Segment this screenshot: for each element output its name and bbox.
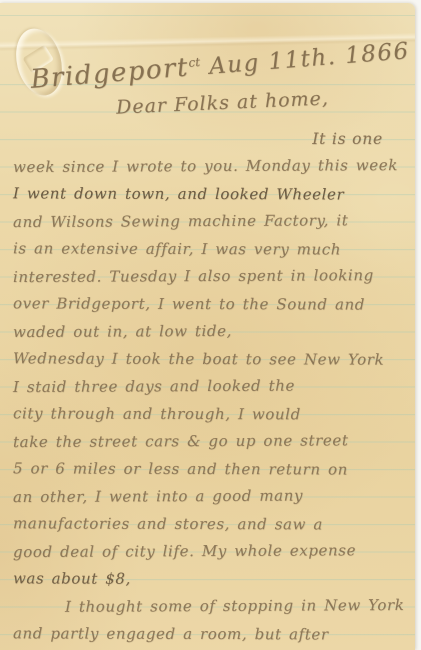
letter-line: an other, I went into a good many (13, 482, 407, 512)
dateline-place-suffix: ct (188, 55, 201, 70)
ruled-line-top (0, 15, 415, 16)
letter-line: waded out in, at low tide, (13, 317, 407, 347)
letter-line: I thought some of stopping in New York (13, 592, 407, 622)
letter-line: take the street cars & go up one street (13, 427, 407, 457)
letter-line: and Wilsons Sewing machine Factory, it (13, 207, 407, 237)
letter-line: I went down town, and looked Wheeler (13, 180, 407, 209)
letter-paper: Bridgeportct Aug 11th. 1866 Dear Folks a… (0, 3, 415, 650)
letter-line: was about $8, (13, 565, 407, 594)
letter-body: week since I wrote to you. Monday this w… (13, 153, 407, 648)
letter-opening-phrase: It is one (312, 130, 383, 148)
letter-line: good deal of city life. My whole expense (13, 537, 407, 567)
letter-line: interested. Tuesday I also spent in look… (13, 262, 407, 292)
letter-line: I staid three days and looked the (13, 372, 407, 402)
letter-line: over Bridgeport, I went to the Sound and (13, 290, 407, 319)
letter-line: is an extensive affair, I was very much (13, 235, 407, 264)
letter-line: city through and through, I would (13, 400, 407, 429)
letter-line: week since I wrote to you. Monday this w… (13, 152, 407, 182)
letter-line: and partly engaged a room, but after (13, 620, 407, 649)
letter-line: manufactories and stores, and saw a (13, 510, 407, 539)
letter-photo: Bridgeportct Aug 11th. 1866 Dear Folks a… (0, 0, 421, 650)
letter-line: 5 or 6 miles or less and then return on (13, 455, 407, 484)
letter-line: Wednesday I took the boat to see New Yor… (13, 345, 407, 374)
